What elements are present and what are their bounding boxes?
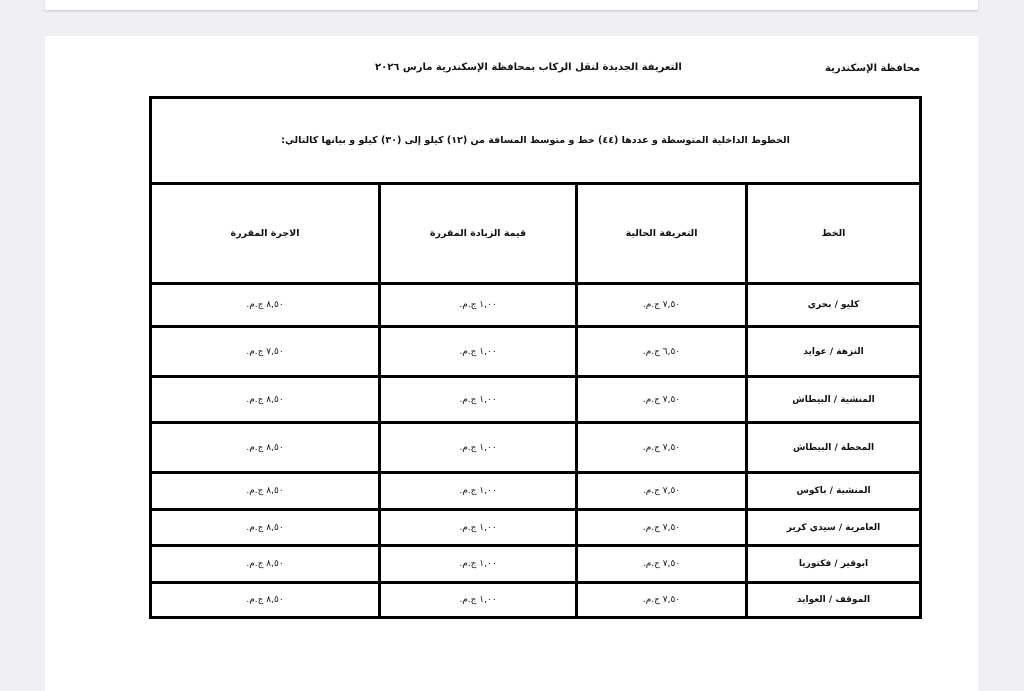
increase-value: ١,٠٠ ج.م. <box>378 424 575 471</box>
line-name: المحطة / البيطاش <box>745 424 919 471</box>
line-name: النزهة / عوايد <box>745 328 919 375</box>
increase-value: ١,٠٠ ج.م. <box>378 285 575 325</box>
document-title: التعريفة الجديدة لنقل الركاب بمحافظة الإ… <box>375 62 682 73</box>
table-row: المحطة / البيطاش ٧,٥٠ ج.م. ١,٠٠ ج.م. ٨,٥… <box>152 421 919 471</box>
new-fare: ٨,٥٠ ج.م. <box>152 584 378 616</box>
increase-value: ١,٠٠ ج.م. <box>378 511 575 544</box>
current-fare: ٧,٥٠ ج.م. <box>575 584 745 616</box>
line-name: العامرية / سيدي كرير <box>745 511 919 544</box>
increase-value: ١,٠٠ ج.م. <box>378 328 575 375</box>
line-name: ابوقير / فكتوريا <box>745 547 919 581</box>
new-fare: ٨,٥٠ ج.م. <box>152 378 378 421</box>
header-line: الخط <box>745 185 919 282</box>
table-row: المنشية / البيطاش ٧,٥٠ ج.م. ١,٠٠ ج.م. ٨,… <box>152 375 919 421</box>
table-row: النزهة / عوايد ٦,٥٠ ج.م. ١,٠٠ ج.م. ٧,٥٠ … <box>152 325 919 375</box>
header-increase: قيمة الزيادة المقررة <box>378 185 575 282</box>
new-fare: ٧,٥٠ ج.م. <box>152 328 378 375</box>
previous-page-edge <box>45 0 978 10</box>
table-row: الموقف / العوايد ٧,٥٠ ج.م. ١,٠٠ ج.م. ٨,٥… <box>152 581 919 616</box>
increase-value: ١,٠٠ ج.م. <box>378 474 575 508</box>
current-fare: ٧,٥٠ ج.م. <box>575 378 745 421</box>
fare-table: الخطوط الداخلية المتوسطة و عددها (٤٤) خط… <box>149 96 922 619</box>
current-fare: ٦,٥٠ ج.م. <box>575 328 745 375</box>
table-row: كليو / بحري ٧,٥٠ ج.م. ١,٠٠ ج.م. ٨,٥٠ ج.م… <box>152 282 919 325</box>
table-row: ابوقير / فكتوريا ٧,٥٠ ج.م. ١,٠٠ ج.م. ٨,٥… <box>152 544 919 581</box>
current-fare: ٧,٥٠ ج.م. <box>575 424 745 471</box>
table-caption: الخطوط الداخلية المتوسطة و عددها (٤٤) خط… <box>152 99 919 182</box>
increase-value: ١,٠٠ ج.م. <box>378 378 575 421</box>
current-fare: ٧,٥٠ ج.م. <box>575 511 745 544</box>
new-fare: ٨,٥٠ ج.م. <box>152 285 378 325</box>
governorate-label: محافظة الإسكندرية <box>825 63 920 74</box>
new-fare: ٨,٥٠ ج.م. <box>152 511 378 544</box>
current-fare: ٧,٥٠ ج.م. <box>575 285 745 325</box>
header-new-fare: الاجرة المقررة <box>152 185 378 282</box>
new-fare: ٨,٥٠ ج.م. <box>152 547 378 581</box>
line-name: المنشية / باكوس <box>745 474 919 508</box>
table-header-row: الخط التعريفة الحالية قيمة الزيادة المقر… <box>152 185 919 282</box>
increase-value: ١,٠٠ ج.م. <box>378 547 575 581</box>
line-name: كليو / بحري <box>745 285 919 325</box>
new-fare: ٨,٥٠ ج.م. <box>152 474 378 508</box>
current-fare: ٧,٥٠ ج.م. <box>575 547 745 581</box>
current-fare: ٧,٥٠ ج.م. <box>575 474 745 508</box>
header-current-fare: التعريفة الحالية <box>575 185 745 282</box>
table-row: العامرية / سيدي كرير ٧,٥٠ ج.م. ١,٠٠ ج.م.… <box>152 508 919 544</box>
document-page: محافظة الإسكندرية التعريفة الجديدة لنقل … <box>45 36 978 691</box>
new-fare: ٨,٥٠ ج.م. <box>152 424 378 471</box>
line-name: الموقف / العوايد <box>745 584 919 616</box>
line-name: المنشية / البيطاش <box>745 378 919 421</box>
table-row: المنشية / باكوس ٧,٥٠ ج.م. ١,٠٠ ج.م. ٨,٥٠… <box>152 471 919 508</box>
increase-value: ١,٠٠ ج.م. <box>378 584 575 616</box>
table-caption-row: الخطوط الداخلية المتوسطة و عددها (٤٤) خط… <box>152 99 919 185</box>
